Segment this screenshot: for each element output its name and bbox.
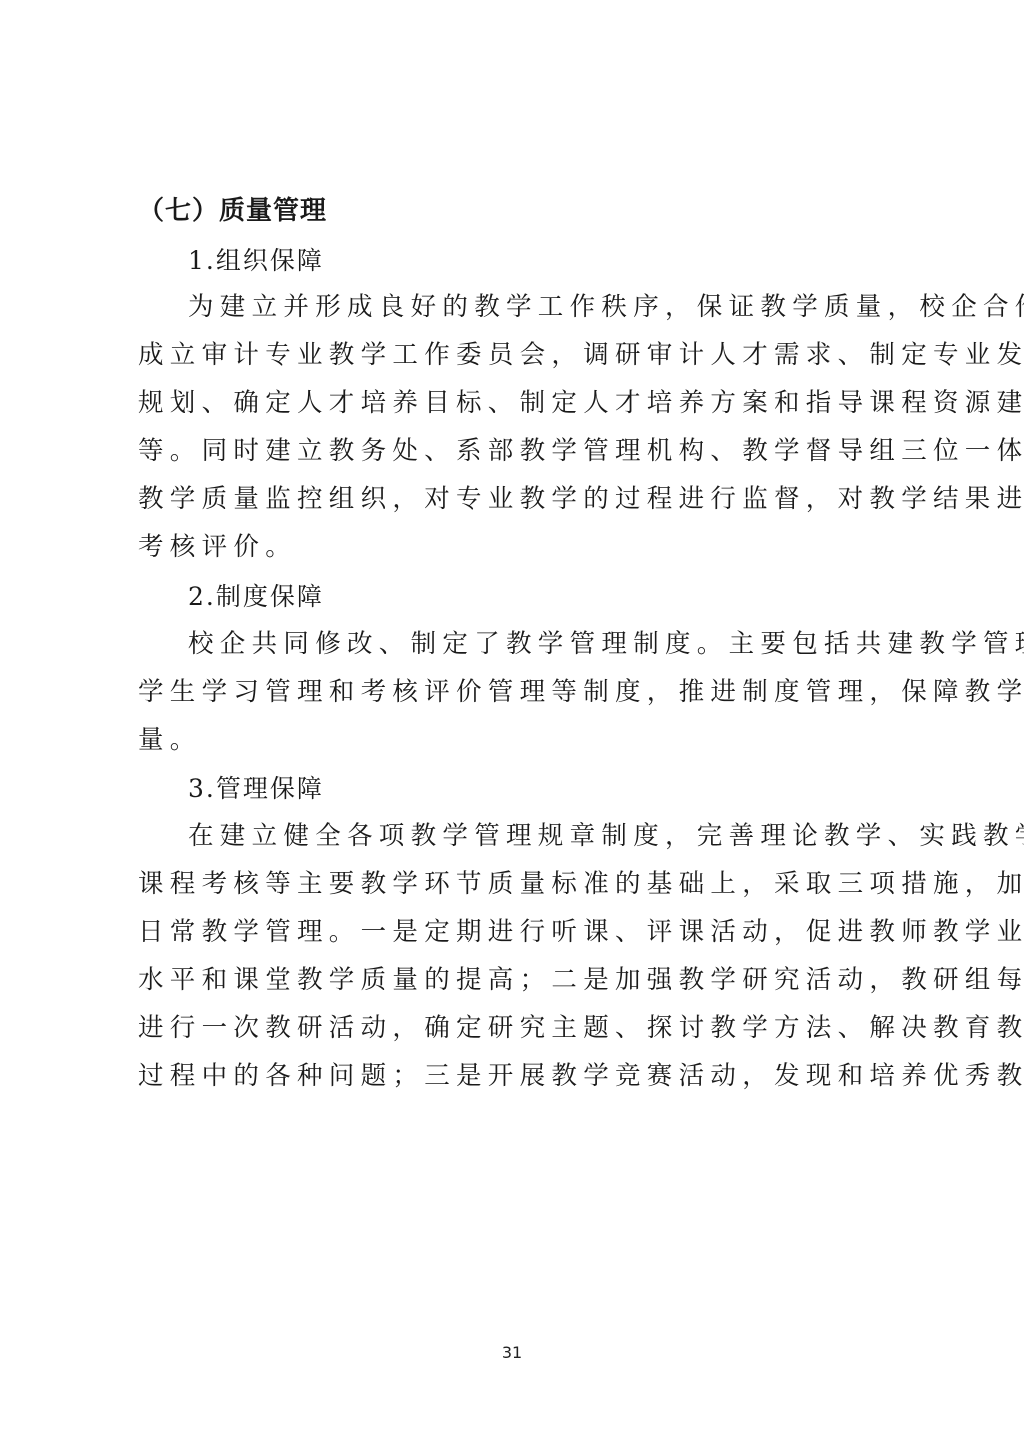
paragraph-line: 日常教学管理。一是定期进行听课、评课活动，促进教师教学业务 [138, 908, 898, 956]
paragraph-line: 量。 [138, 716, 898, 764]
paragraph-line: 成立审计专业教学工作委员会，调研审计人才需求、制定专业发展 [138, 331, 898, 379]
subsection-heading-organization: 1.组织保障 [188, 244, 324, 278]
section-title: （七）质量管理 [138, 193, 327, 229]
subsection-heading-system: 2.制度保障 [188, 580, 324, 614]
paragraph-line: 规划、确定人才培养目标、制定人才培养方案和指导课程资源建设 [138, 379, 898, 427]
paragraph-line: 在建立健全各项教学管理规章制度，完善理论教学、实践教学、 [138, 812, 898, 860]
paragraph-line: 学生学习管理和考核评价管理等制度，推进制度管理，保障教学质 [138, 668, 898, 716]
paragraph-system: 校企共同修改、制定了教学管理制度。主要包括共建教学管理、 学生学习管理和考核评价… [138, 620, 898, 764]
paragraph-line: 课程考核等主要教学环节质量标准的基础上，采取三项措施，加强 [138, 860, 898, 908]
paragraph-line: 过程中的各种问题；三是开展教学竞赛活动，发现和培养优秀教师。 [138, 1052, 898, 1100]
paragraph-organization: 为建立并形成良好的教学工作秩序，保证教学质量，校企合作 成立审计专业教学工作委员… [138, 283, 898, 571]
subsection-heading-management: 3.管理保障 [188, 772, 324, 806]
paragraph-line: 为建立并形成良好的教学工作秩序，保证教学质量，校企合作 [138, 283, 898, 331]
paragraph-management: 在建立健全各项教学管理规章制度，完善理论教学、实践教学、 课程考核等主要教学环节… [138, 812, 898, 1100]
paragraph-line: 等。同时建立教务处、系部教学管理机构、教学督导组三位一体的 [138, 427, 898, 475]
paragraph-line: 教学质量监控组织，对专业教学的过程进行监督，对教学结果进行 [138, 475, 898, 523]
paragraph-line: 水平和课堂教学质量的提高；二是加强教学研究活动，教研组每周 [138, 956, 898, 1004]
paragraph-line: 考核评价。 [138, 523, 898, 571]
document-page: （七）质量管理 1.组织保障 为建立并形成良好的教学工作秩序，保证教学质量，校企… [0, 0, 1024, 1448]
paragraph-line: 校企共同修改、制定了教学管理制度。主要包括共建教学管理、 [138, 620, 898, 668]
paragraph-line: 进行一次教研活动，确定研究主题、探讨教学方法、解决教育教学 [138, 1004, 898, 1052]
page-number: 31 [0, 1343, 1024, 1363]
